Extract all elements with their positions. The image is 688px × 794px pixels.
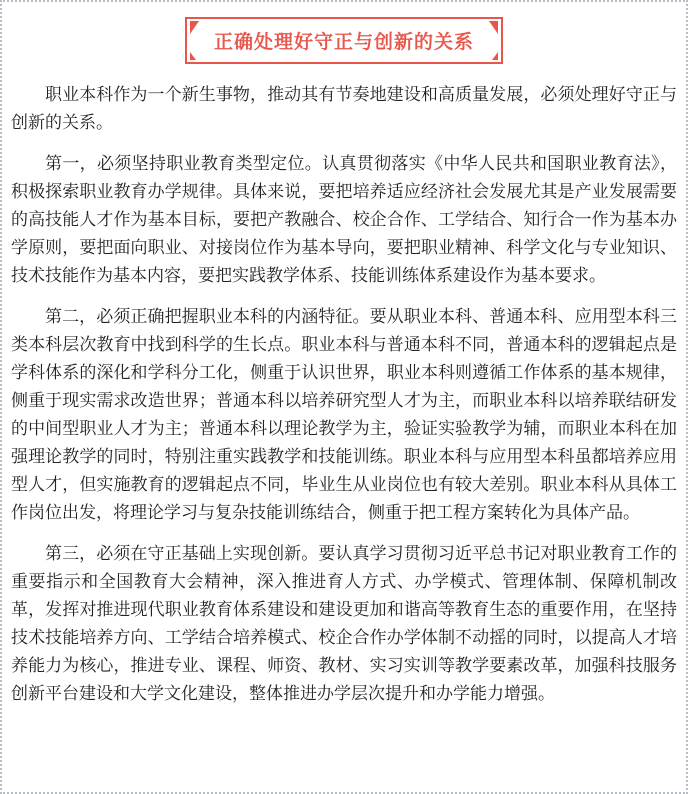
document-title: 正确处理好守正与创新的关系 xyxy=(214,32,474,53)
body-paragraph: 职业本科作为一个新生事物，推动其有节奏地建设和高质量发展，必须处理好守正与创新的… xyxy=(11,81,677,137)
corner-ornament-bottom-left-icon xyxy=(190,52,196,60)
body-paragraph: 第三，必须在守正基础上实现创新。要认真学习贯彻习近平总书记对职业教育工作的重要指… xyxy=(11,540,677,708)
title-box: 正确处理好守正与创新的关系 xyxy=(185,17,503,64)
document-page: 正确处理好守正与创新的关系 职业本科作为一个新生事物，推动其有节奏地建设和高质量… xyxy=(0,0,688,794)
corner-ornament-top-left-icon xyxy=(190,21,199,34)
corner-ornament-top-right-icon xyxy=(489,21,498,34)
body-paragraph: 第二，必须正确把握职业本科的内涵特征。要从职业本科、普通本科、应用型本科三类本科… xyxy=(11,303,677,527)
body-paragraph: 第一，必须坚持职业教育类型定位。认真贯彻落实《中华人民共和国职业教育法》，积极探… xyxy=(11,150,677,290)
document-body: 职业本科作为一个新生事物，推动其有节奏地建设和高质量发展，必须处理好守正与创新的… xyxy=(11,81,677,708)
corner-ornament-bottom-right-icon xyxy=(492,52,498,60)
